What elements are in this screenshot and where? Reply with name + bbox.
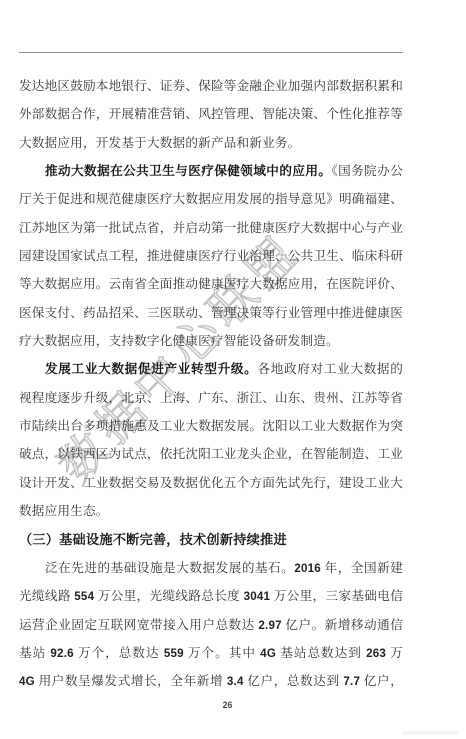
text-segment: 园建设国家试点工程，推进健康医疗行业治理、公共卫生、临床科研 — [19, 249, 403, 263]
text-line: 泛在先进的基础设施是大数据发展的基石。2016 年，全国新建 — [19, 554, 403, 582]
text-line: 4G 用户数呈爆发式增长，全年新增 3.4 亿户，总数达到 7.7 亿户，移 — [19, 667, 403, 695]
section-heading: （三）基础设施不断完善，技术创新持续推进 — [19, 526, 403, 554]
page-header-rule — [19, 52, 403, 53]
text-segment: 263 — [366, 647, 386, 660]
text-line: 外部数据合作，开展精准营销、风控管理、智能决策、个性化推荐等 — [19, 100, 403, 128]
page-number: 26 — [0, 700, 455, 710]
text-segment: 大数据应用，开发基于大数据的新产品和新业务。 — [19, 136, 300, 150]
text-line: 发展工业大数据促进产业转型升级。各地政府对工业大数据的重 — [19, 355, 403, 383]
text-segment: 疗大数据应用，支持数字化健康医疗智能设备研发制造。 — [19, 334, 339, 348]
text-line: 设计开发、工业数据交易及数据优化五个方面先试先行，建设工业大 — [19, 469, 403, 497]
text-line: 破点，以铁西区为试点，依托沈阳工业龙头企业，在智能制造、工业 — [19, 440, 403, 468]
text-segment: 2016 — [294, 562, 321, 575]
text-line: 光缆线路 554 万公里，光缆线路总长度 3041 万公里，三家基础电信 — [19, 582, 403, 610]
text-segment: 万公里，三家基础电信 — [270, 589, 403, 603]
text-segment: 等大数据应用。云南省全面推动健康医疗大数据应用，在医院评价、 — [19, 277, 403, 291]
corner-scan-artifact — [402, 731, 459, 735]
text-content: 发达地区鼓励本地银行、证券、保险等金融企业加强内部数据积累和外部数据合作，开展精… — [19, 72, 403, 696]
text-segment: 7.7 — [343, 675, 360, 688]
text-segment: 万个，总数达 — [74, 646, 164, 660]
text-segment: 数据应用生态。 — [19, 504, 109, 518]
text-segment: 光缆线路 — [19, 589, 74, 603]
text-segment: （三）基础设施不断完善，技术创新持续推进 — [19, 532, 287, 547]
text-segment: 外部数据合作，开展精准营销、风控管理、智能决策、个性化推荐等 — [19, 107, 403, 121]
text-segment: 《国务院办公 — [331, 164, 403, 178]
text-segment: 推动大数据在公共卫生与医疗保健领域中的应用。 — [45, 164, 331, 178]
text-segment: 2.97 — [258, 619, 281, 632]
text-segment: 江苏地区为第一批试点省，并启动第一批健康医疗大数据中心与产业 — [19, 221, 403, 235]
text-segment: 万公里，光缆线路总长度 — [94, 589, 243, 603]
text-segment: 基站总数达到 — [276, 646, 366, 660]
text-segment: 4G — [260, 647, 276, 660]
text-segment: 医保支付、药品招采、三医联动、管理决策等行业管理中推进健康医 — [19, 306, 403, 320]
text-segment: 基站 — [19, 646, 50, 660]
text-segment: 3041 — [244, 590, 271, 603]
text-segment: 市陆续出台多项措施惠及工业大数据发展。沈阳以工业大数据作为突 — [19, 419, 403, 433]
text-segment: 亿户，总数达到 — [244, 674, 344, 688]
text-line: 大数据应用，开发基于大数据的新产品和新业务。 — [19, 129, 403, 157]
text-segment: 视程度逐步升级，北京、上海、广东、浙江、山东、贵州、江苏等省 — [19, 391, 403, 405]
text-segment: 设计开发、工业数据交易及数据优化五个方面先试先行，建设工业大 — [19, 476, 403, 490]
text-line: 基站 92.6 万个，总数达 559 万个。其中 4G 基站总数达到 263 万… — [19, 639, 403, 667]
text-segment: 发展工业大数据促进产业转型升级。 — [45, 362, 257, 376]
text-segment: 破点，以铁西区为试点，依托沈阳工业龙头企业，在智能制造、工业 — [19, 447, 403, 461]
text-segment: 发达地区鼓励本地银行、证券、保险等金融企业加强内部数据积累和 — [19, 79, 403, 93]
text-line: 医保支付、药品招采、三医联动、管理决策等行业管理中推进健康医 — [19, 299, 403, 327]
text-segment: 4G — [19, 675, 35, 688]
text-segment: 亿户。新增移动通信 — [282, 618, 403, 632]
text-segment: 年，全国新建 — [321, 561, 403, 575]
text-line: 数据应用生态。 — [19, 497, 403, 525]
text-line: 视程度逐步升级，北京、上海、广东、浙江、山东、贵州、江苏等省 — [19, 384, 403, 412]
text-segment: 92.6 — [50, 647, 73, 660]
text-segment: 运营企业固定互联网宽带接入用户总数达 — [19, 618, 258, 632]
text-line: 厅关于促进和规范健康医疗大数据应用发展的指导意见》明确福建、 — [19, 185, 403, 213]
text-line: 运营企业固定互联网宽带接入用户总数达 2.97 亿户。新增移动通信 — [19, 611, 403, 639]
text-line: 等大数据应用。云南省全面推动健康医疗大数据应用，在医院评价、 — [19, 270, 403, 298]
text-segment: 泛在先进的基础设施是大数据发展的基石。 — [45, 561, 294, 575]
text-segment: 3.4 — [227, 675, 244, 688]
text-line: 发达地区鼓励本地银行、证券、保险等金融企业加强内部数据积累和 — [19, 72, 403, 100]
text-line: 江苏地区为第一批试点省，并启动第一批健康医疗大数据中心与产业 — [19, 214, 403, 242]
text-segment: 万个。其中 — [184, 646, 260, 660]
text-line: 推动大数据在公共卫生与医疗保健领域中的应用。《国务院办公 — [19, 157, 403, 185]
text-line: 疗大数据应用，支持数字化健康医疗智能设备研发制造。 — [19, 327, 403, 355]
text-line: 园建设国家试点工程，推进健康医疗行业治理、公共卫生、临床科研 — [19, 242, 403, 270]
text-segment: 用户数呈爆发式增长，全年新增 — [35, 674, 227, 688]
text-segment: 554 — [74, 590, 94, 603]
text-segment: 559 — [164, 647, 184, 660]
document-page: 数据中心联盟 发达地区鼓励本地银行、证券、保险等金融企业加强内部数据积累和外部数… — [0, 0, 466, 739]
text-segment: 厅关于促进和规范健康医疗大数据应用发展的指导意见》明确福建、 — [19, 192, 403, 206]
text-line: 市陆续出台多项措施惠及工业大数据发展。沈阳以工业大数据作为突 — [19, 412, 403, 440]
